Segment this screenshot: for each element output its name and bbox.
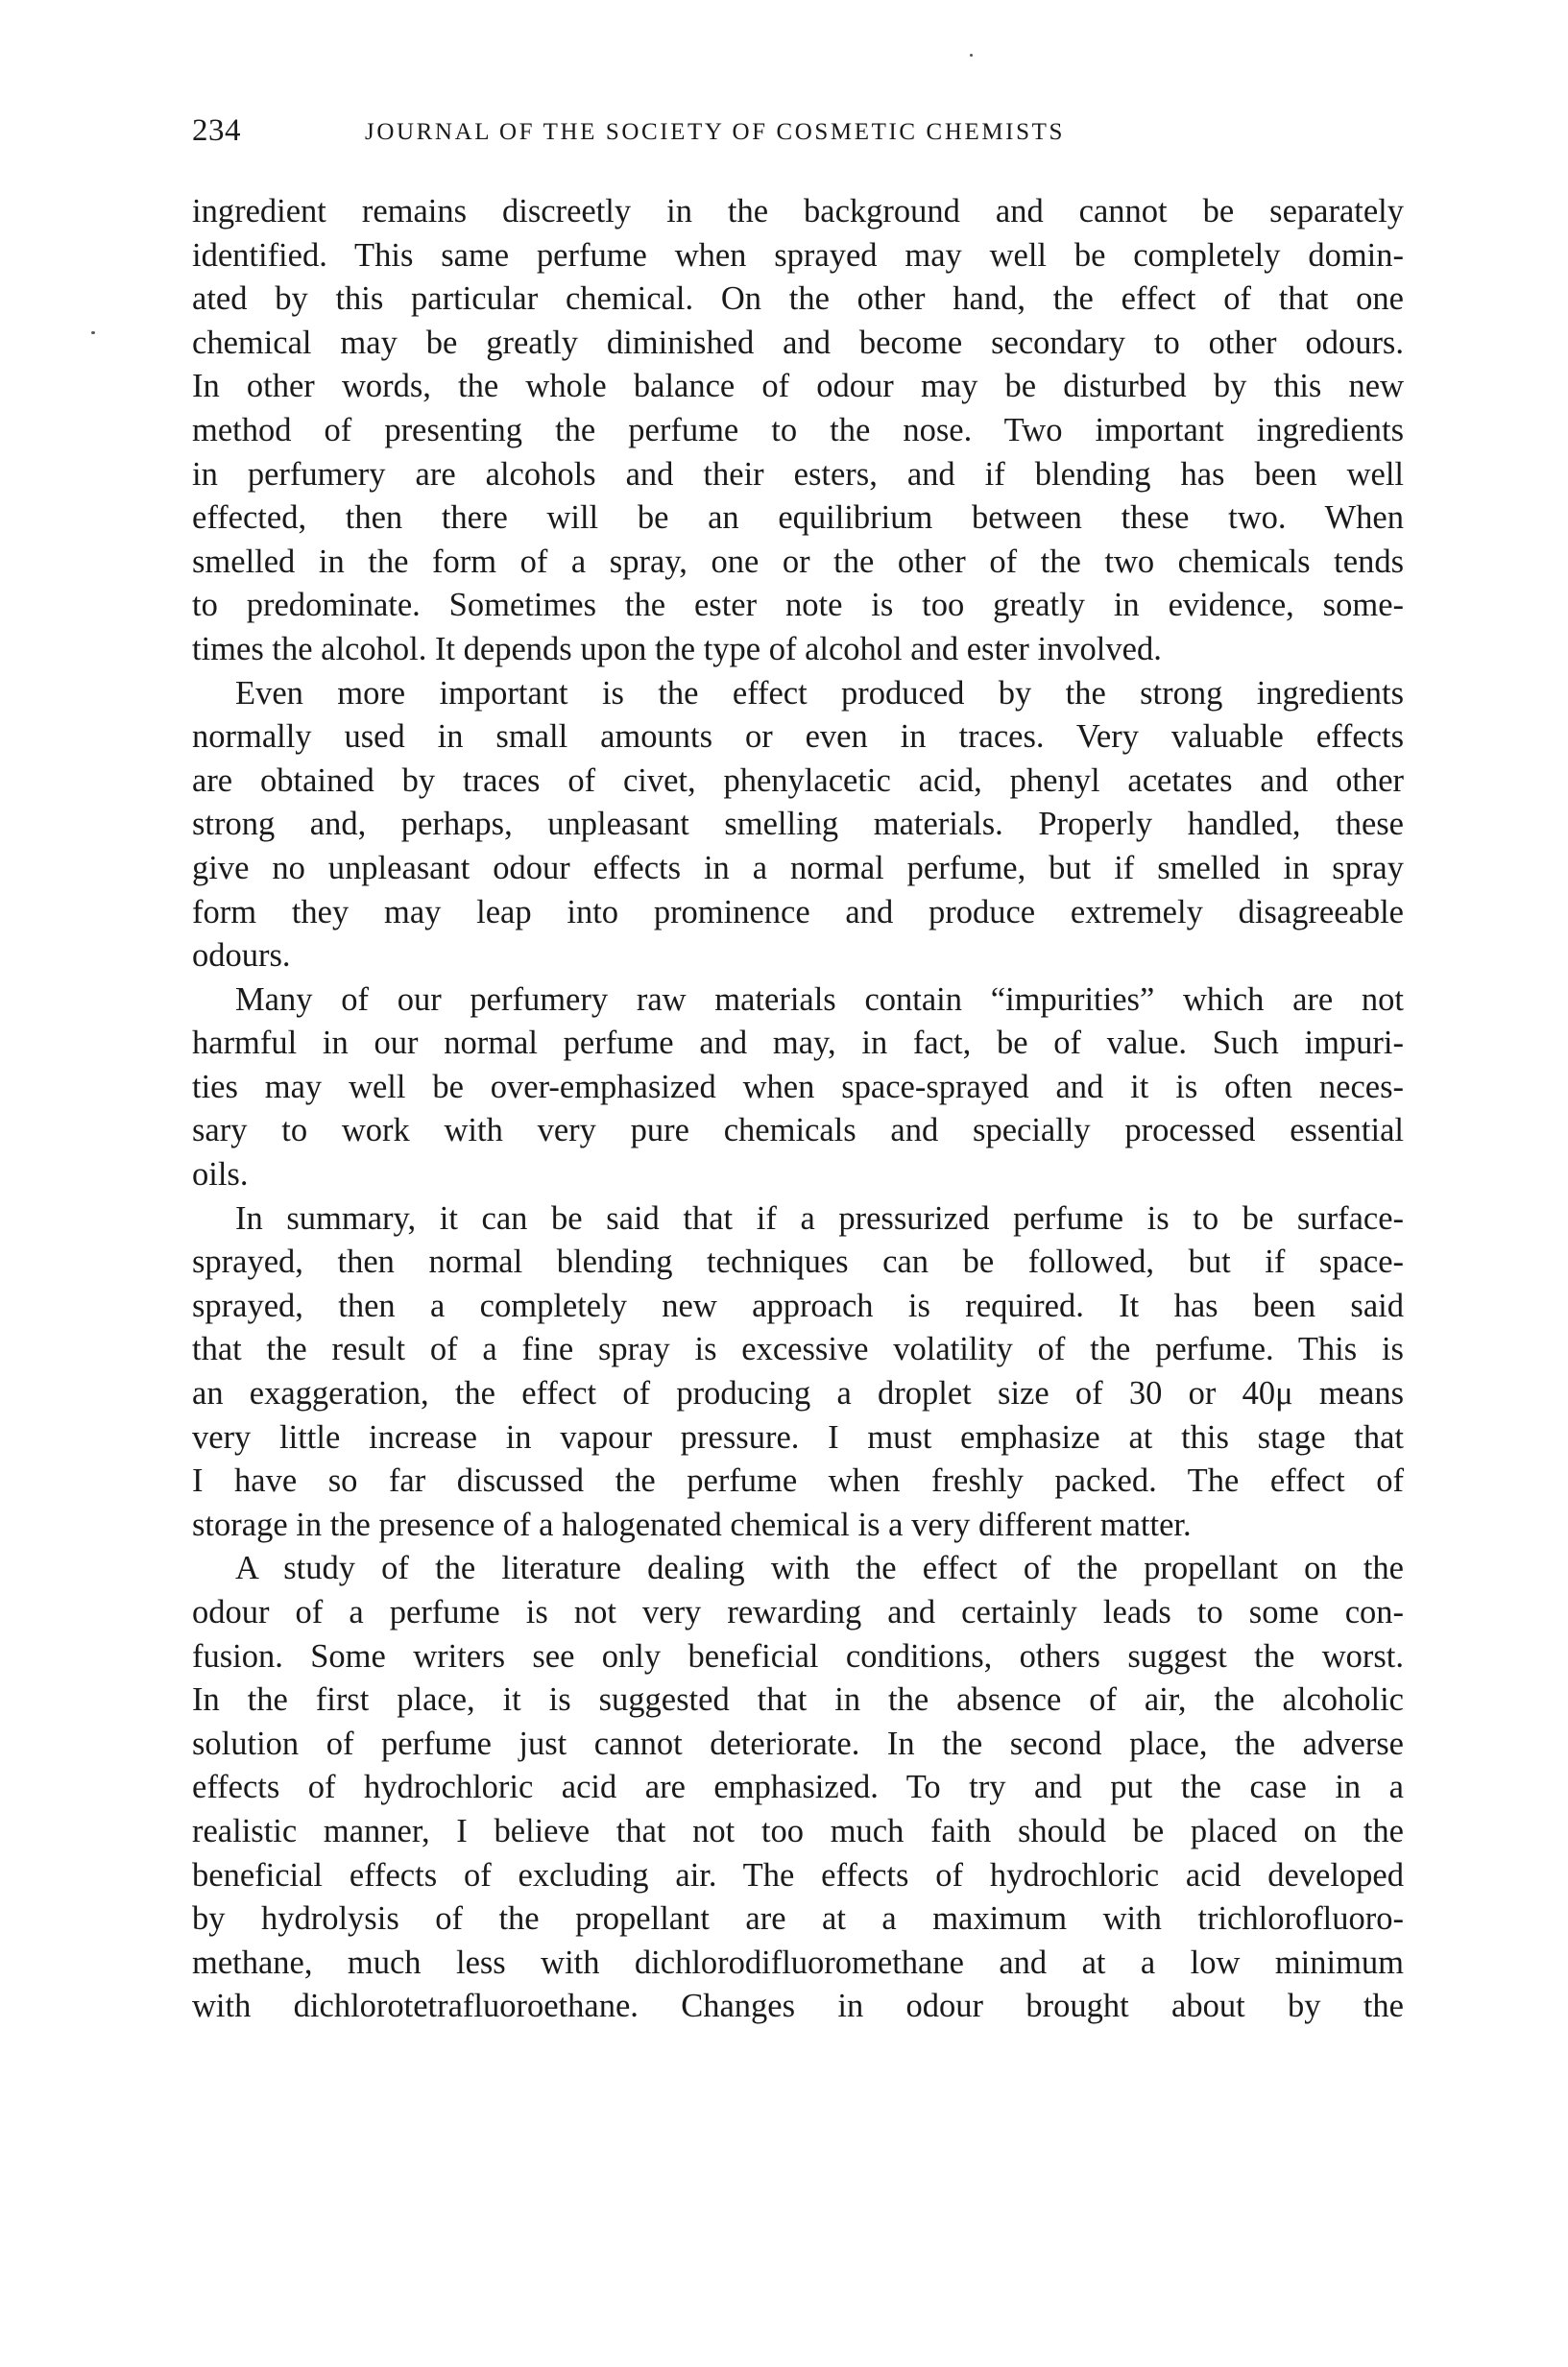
- text-line: A study of the literature dealing with t…: [192, 1547, 1404, 1591]
- article-body: ingredient remains discreetly in the bac…: [192, 190, 1404, 2029]
- text-line: realistic manner, I believe that not too…: [192, 1810, 1404, 1854]
- paragraph-2: Even more important is the effect produc…: [192, 672, 1404, 978]
- paragraph-1: ingredient remains discreetly in the bac…: [192, 190, 1404, 672]
- text-line: in perfumery are alcohols and their este…: [192, 453, 1404, 497]
- text-line: very little increase in vapour pressure.…: [192, 1416, 1404, 1461]
- text-line: I have so far discussed the perfume when…: [192, 1460, 1404, 1504]
- text-line: harmful in our normal perfume and may, i…: [192, 1022, 1404, 1066]
- text-line: give no unpleasant odour effects in a no…: [192, 847, 1404, 891]
- text-line: by hydrolysis of the propellant are at a…: [192, 1897, 1404, 1942]
- text-line: Many of our perfumery raw materials cont…: [192, 978, 1404, 1023]
- text-line: fusion. Some writers see only beneficial…: [192, 1635, 1404, 1679]
- text-line: In other words, the whole balance of odo…: [192, 365, 1404, 409]
- journal-page: 234 JOURNAL OF THE SOCIETY OF COSMETIC C…: [192, 113, 1404, 171]
- page-number: 234: [192, 113, 241, 149]
- text-line: with dichlorotetrafluoroethane. Changes …: [192, 1985, 1404, 2029]
- text-line: odour of a perfume is not very rewarding…: [192, 1591, 1404, 1635]
- text-line: sprayed, then normal blending techniques…: [192, 1241, 1404, 1285]
- text-line: ties may well be over-emphasized when sp…: [192, 1066, 1404, 1110]
- text-line: In summary, it can be said that if a pre…: [192, 1197, 1404, 1242]
- text-line: to predominate. Sometimes the ester note…: [192, 584, 1404, 628]
- paragraph-3: Many of our perfumery raw materials cont…: [192, 978, 1404, 1197]
- text-line: Even more important is the effect produc…: [192, 672, 1404, 716]
- text-line: chemical may be greatly diminished and b…: [192, 322, 1404, 366]
- text-line: identified. This same perfume when spray…: [192, 234, 1404, 278]
- text-line: smelled in the form of a spray, one or t…: [192, 541, 1404, 585]
- text-line: odours.: [192, 934, 1404, 978]
- text-line: sprayed, then a completely new approach …: [192, 1285, 1404, 1329]
- text-line: an exaggeration, the effect of producing…: [192, 1372, 1404, 1416]
- text-line: form they may leap into prominence and p…: [192, 891, 1404, 935]
- text-line: oils.: [192, 1153, 1404, 1197]
- running-head: 234 JOURNAL OF THE SOCIETY OF COSMETIC C…: [192, 113, 1404, 171]
- text-line: ated by this particular chemical. On the…: [192, 278, 1404, 322]
- text-line: ingredient remains discreetly in the bac…: [192, 190, 1404, 234]
- text-line: In the first place, it is suggested that…: [192, 1679, 1404, 1723]
- scan-speck: [970, 54, 973, 57]
- scan-speck: [91, 331, 95, 334]
- paragraph-5: A study of the literature dealing with t…: [192, 1547, 1404, 2029]
- journal-title: JOURNAL OF THE SOCIETY OF COSMETIC CHEMI…: [365, 119, 1065, 146]
- text-line: times the alcohol. It depends upon the t…: [192, 628, 1404, 672]
- text-line: solution of perfume just cannot deterior…: [192, 1723, 1404, 1767]
- text-line: beneficial effects of excluding air. The…: [192, 1854, 1404, 1898]
- text-line: methane, much less with dichlorodifluoro…: [192, 1942, 1404, 1986]
- text-line: that the result of a fine spray is exces…: [192, 1328, 1404, 1372]
- text-line: method of presenting the perfume to the …: [192, 409, 1404, 453]
- text-line: effected, then there will be an equilibr…: [192, 496, 1404, 541]
- paragraph-4: In summary, it can be said that if a pre…: [192, 1197, 1404, 1548]
- text-line: effects of hydrochloric acid are emphasi…: [192, 1766, 1404, 1810]
- text-line: storage in the presence of a halogenated…: [192, 1504, 1404, 1548]
- text-line: strong and, perhaps, unpleasant smelling…: [192, 803, 1404, 847]
- text-line: sary to work with very pure chemicals an…: [192, 1109, 1404, 1153]
- text-line: are obtained by traces of civet, phenyla…: [192, 760, 1404, 804]
- text-line: normally used in small amounts or even i…: [192, 715, 1404, 760]
